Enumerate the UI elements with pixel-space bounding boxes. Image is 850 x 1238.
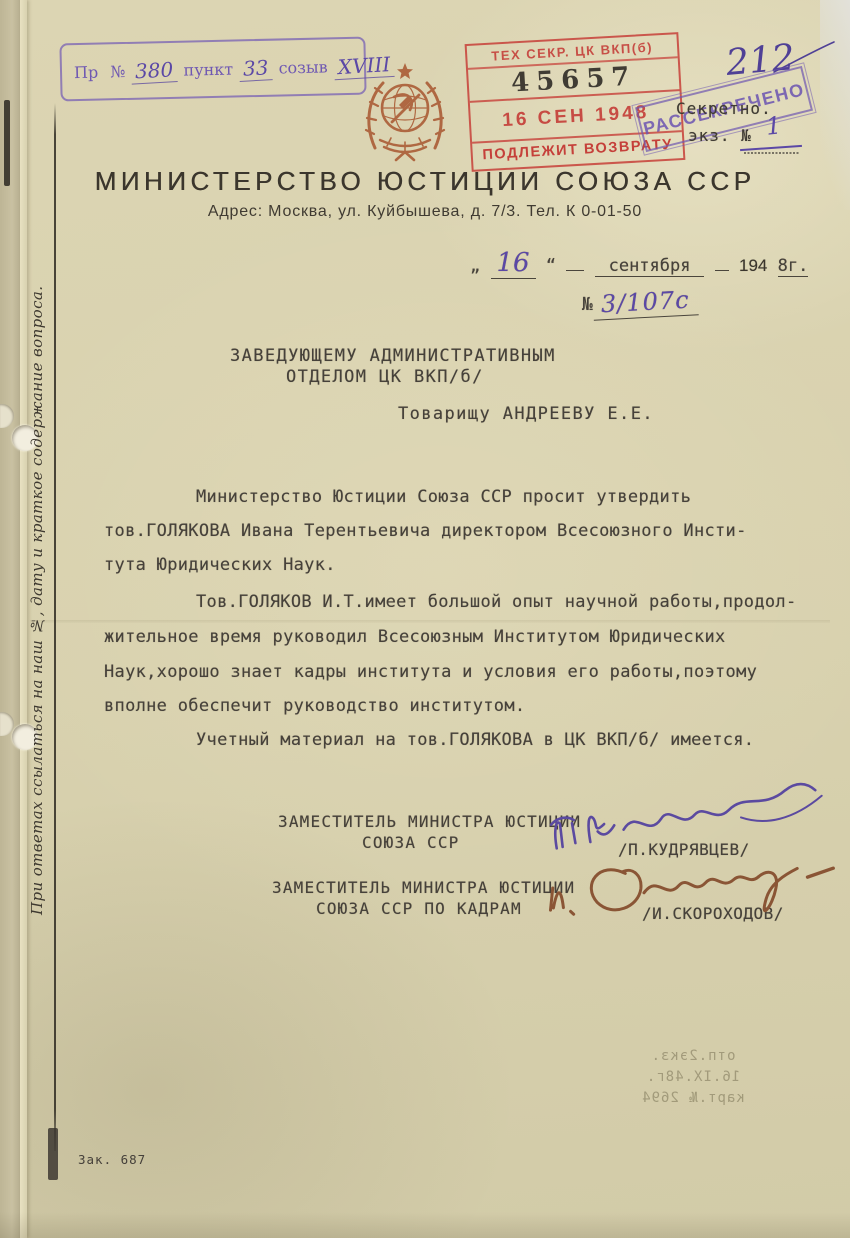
paper-crease <box>30 620 830 623</box>
signature1-title-line2: СОЮЗА ССР <box>362 833 460 852</box>
handwritten-document-number: 3/107с <box>592 285 698 320</box>
print-order-number: Зак. 687 <box>78 1152 146 1167</box>
open-quote: „ <box>470 256 480 276</box>
copy-number-value: 1 <box>765 111 783 140</box>
bleedthrough-line-3: карт.№ 2694 <box>588 1088 798 1109</box>
recipient-line-1: ЗАВЕДУЮЩЕМУ АДМИНИСТРАТИВНЫМ <box>230 346 556 366</box>
copy-number-underline <box>740 145 802 151</box>
recipient-line-2: ОТДЕЛОМ ЦК ВКП/б/ <box>286 367 484 387</box>
body-p2-l1: Тов.ГОЛЯКОВ И.Т.имеет большой опыт научн… <box>104 591 850 613</box>
reg-stamp-number-value: 380 <box>131 57 179 85</box>
handwritten-day: 16 <box>491 248 536 279</box>
margin-rule-line <box>54 103 56 1151</box>
body-p1-l2: тов.ГОЛЯКОВА Ивана Терентьевича директор… <box>104 520 784 542</box>
ministry-title: МИНИСТЕРСТВО ЮСТИЦИИ СОЮЗА ССР <box>0 166 850 197</box>
signature-skorokhodov-autograph <box>540 843 850 947</box>
dateline: „ 16 “ сентября 194 8г. <box>470 248 808 278</box>
reg-stamp-item-label: пункт <box>183 59 233 79</box>
body-p1-l3: тута Юридических Наук. <box>104 554 784 576</box>
number-sign: № <box>582 294 593 315</box>
micro-print-line <box>744 152 800 154</box>
close-quote: “ <box>546 256 556 276</box>
ussr-coat-of-arms-icon <box>344 56 466 170</box>
secrecy-label: Секретно. <box>676 99 772 118</box>
bleedthrough-line-1: отп.2экз. <box>588 1046 798 1067</box>
signature2-title-line1: ЗАМЕСТИТЕЛЬ МИНИСТРА ЮСТИЦИИ <box>272 878 575 897</box>
body-p1-l1: Министерство Юстиции Союза ССР просит ут… <box>104 486 850 508</box>
reg-stamp-prefix: Пр <box>74 62 99 82</box>
body-p3-l1: Учетный материал на тов.ГОЛЯКОВА в ЦК ВК… <box>104 729 850 751</box>
ministry-address: Адрес: Москва, ул. Куйбышева, д. 7/3. Те… <box>0 203 850 221</box>
signature2-title-line2: СОЮЗА ССР ПО КАДРАМ <box>316 899 522 918</box>
typed-month: сентября <box>595 256 705 277</box>
reg-stamp-number-label: № <box>110 61 126 80</box>
typed-year-digit: 8г. <box>778 256 809 277</box>
document-number-line: №3/107с <box>582 288 697 318</box>
registration-stamp: Пр № 380 пункт 33 созыв XVIII <box>59 37 366 102</box>
body-p2-l3: Наук,хорошо знает кадры института и усло… <box>104 661 784 683</box>
signature1-title-line1: ЗАМЕСТИТЕЛЬ МИНИСТРА ЮСТИЦИИ <box>278 812 581 831</box>
body-p2-l2: жительное время руководил Всесоюзным Инс… <box>104 626 784 648</box>
ink-bleedthrough-text: отп.2экз. 16.IX.48г. карт.№ 2694 <box>588 1046 798 1109</box>
recipient-line-3: Товарищу АНДРЕЕВУ Е.Е. <box>398 404 654 424</box>
ink-smudge <box>48 1128 58 1180</box>
copy-number-label: экз. № <box>688 126 752 145</box>
body-p2-l4: вполне обеспечит руководство институтом. <box>104 695 784 717</box>
bleedthrough-line-2: 16.IX.48г. <box>588 1067 798 1088</box>
reg-stamp-session-label: созыв <box>278 57 327 77</box>
document-page: При ответах ссылаться на наш №, дату и к… <box>0 0 850 1238</box>
printed-year: 194 <box>739 256 767 275</box>
bottom-shadow <box>0 1212 850 1238</box>
margin-reference-note: При ответах ссылаться на наш №, дату и к… <box>28 330 54 915</box>
reg-stamp-item-value: 33 <box>238 55 273 82</box>
